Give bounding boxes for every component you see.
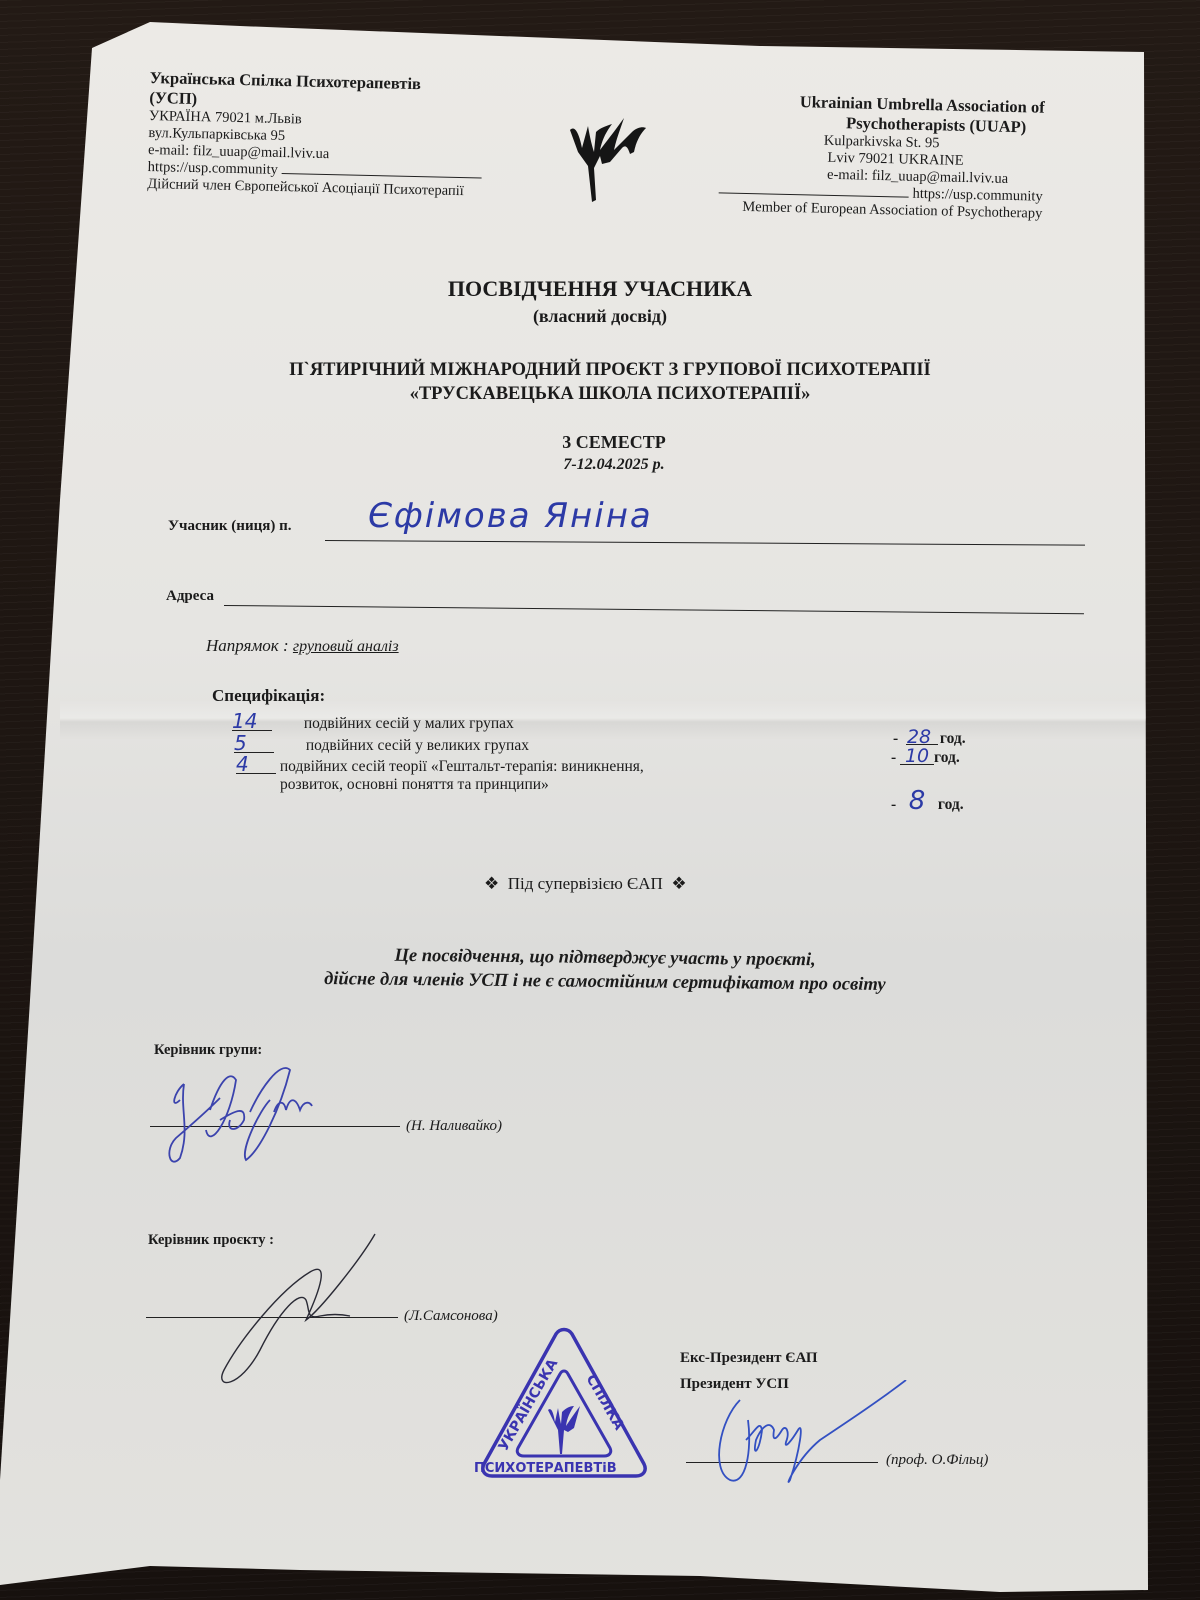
supervision-text: Під супервізією ЄАП [508, 874, 663, 893]
website-en: https://usp.community [912, 186, 1042, 205]
project-leader-name: (Л.Самсонова) [404, 1308, 498, 1325]
president-signature [700, 1380, 920, 1500]
spec-text: подвійних сесій у малих групах [304, 715, 514, 732]
stamp-left-text: УКРАЇНСЬКА [495, 1356, 562, 1454]
stamp-right-text: СПІЛКА [583, 1372, 627, 1433]
header-right: Ukrainian Umbrella Association of Psycho… [702, 90, 1045, 223]
specification-label: Специфікація: [212, 686, 325, 706]
document-subtitle: (власний досвід) [0, 306, 1200, 327]
group-leader-name: (Н. Наливайко) [406, 1118, 502, 1135]
direction-value: груповий аналіз [293, 638, 399, 655]
spec-item-large-groups: 5 подвійних сесій у великих групах [234, 734, 529, 755]
address-label: Адреса [166, 588, 214, 605]
spec-item-theory: 4 подвійних сесій теорії «Гештальт-терап… [236, 755, 644, 776]
spec-count: 5 [234, 734, 274, 753]
ornament-icon: ❖ [671, 874, 686, 893]
direction-row: Напрямок : груповий аналіз [206, 636, 399, 656]
ornament-icon: ❖ [484, 874, 499, 893]
paper-fold [0, 700, 1200, 740]
dates: 7-12.04.2025 р. [14, 456, 1200, 474]
usp-logo-icon [566, 108, 652, 204]
direction-label: Напрямок : [206, 636, 293, 655]
spec-count: 14 [232, 712, 272, 731]
supervision-row: ❖ Під супервізією ЄАП ❖ [484, 874, 687, 894]
project-line1: П`ЯТИРІЧНИЙ МІЖНАРОДНИЙ ПРОЄКТ З ГРУПОВО… [10, 358, 1200, 382]
participant-name: Єфімова Яніна [368, 496, 653, 536]
website: https://usp.community [148, 159, 278, 178]
spec-item-small-groups: 14 подвійних сесій у малих групах [232, 712, 514, 733]
spec-item-theory-line2: розвиток, основні поняття та принципи» [280, 776, 549, 794]
header-rule-en [719, 192, 909, 197]
spec-text: подвійних сесій теорії «Гештальт-терапія… [280, 758, 644, 775]
semester: 3 СЕМЕСТР [14, 432, 1200, 453]
project-title: П`ЯТИРІЧНИЙ МІЖНАРОДНИЙ ПРОЄКТ З ГРУПОВО… [10, 358, 1200, 406]
header-rule [281, 173, 481, 179]
project-line2: «ТРУСКАВЕЦЬКА ШКОЛА ПСИХОТЕРАПІЇ» [10, 382, 1200, 406]
project-leader-signature [210, 1230, 390, 1400]
association-stamp: УКРАЇНСЬКА СПІЛКА ПСИХОТЕРАПЕВТіВ [474, 1326, 654, 1486]
spec-hours-theory: - 8 год. [891, 792, 964, 814]
stamp-bottom-text: ПСИХОТЕРАПЕВТіВ [474, 1461, 617, 1476]
spec-text: подвійних сесій у великих групах [306, 737, 529, 754]
participant-label: Учасник (ниця) п. [168, 518, 291, 535]
spec-count: 4 [236, 755, 276, 774]
group-leader-signature [150, 1040, 380, 1180]
president-title1: Екс-Президент ЄАП [680, 1350, 818, 1367]
spec-hours-large: - 10год. [891, 748, 960, 767]
header-left: Українська Спілка Психотерапевтів (УСП) … [147, 68, 520, 201]
document-title: ПОСВІДЧЕННЯ УЧАСНИКА [0, 276, 1200, 302]
